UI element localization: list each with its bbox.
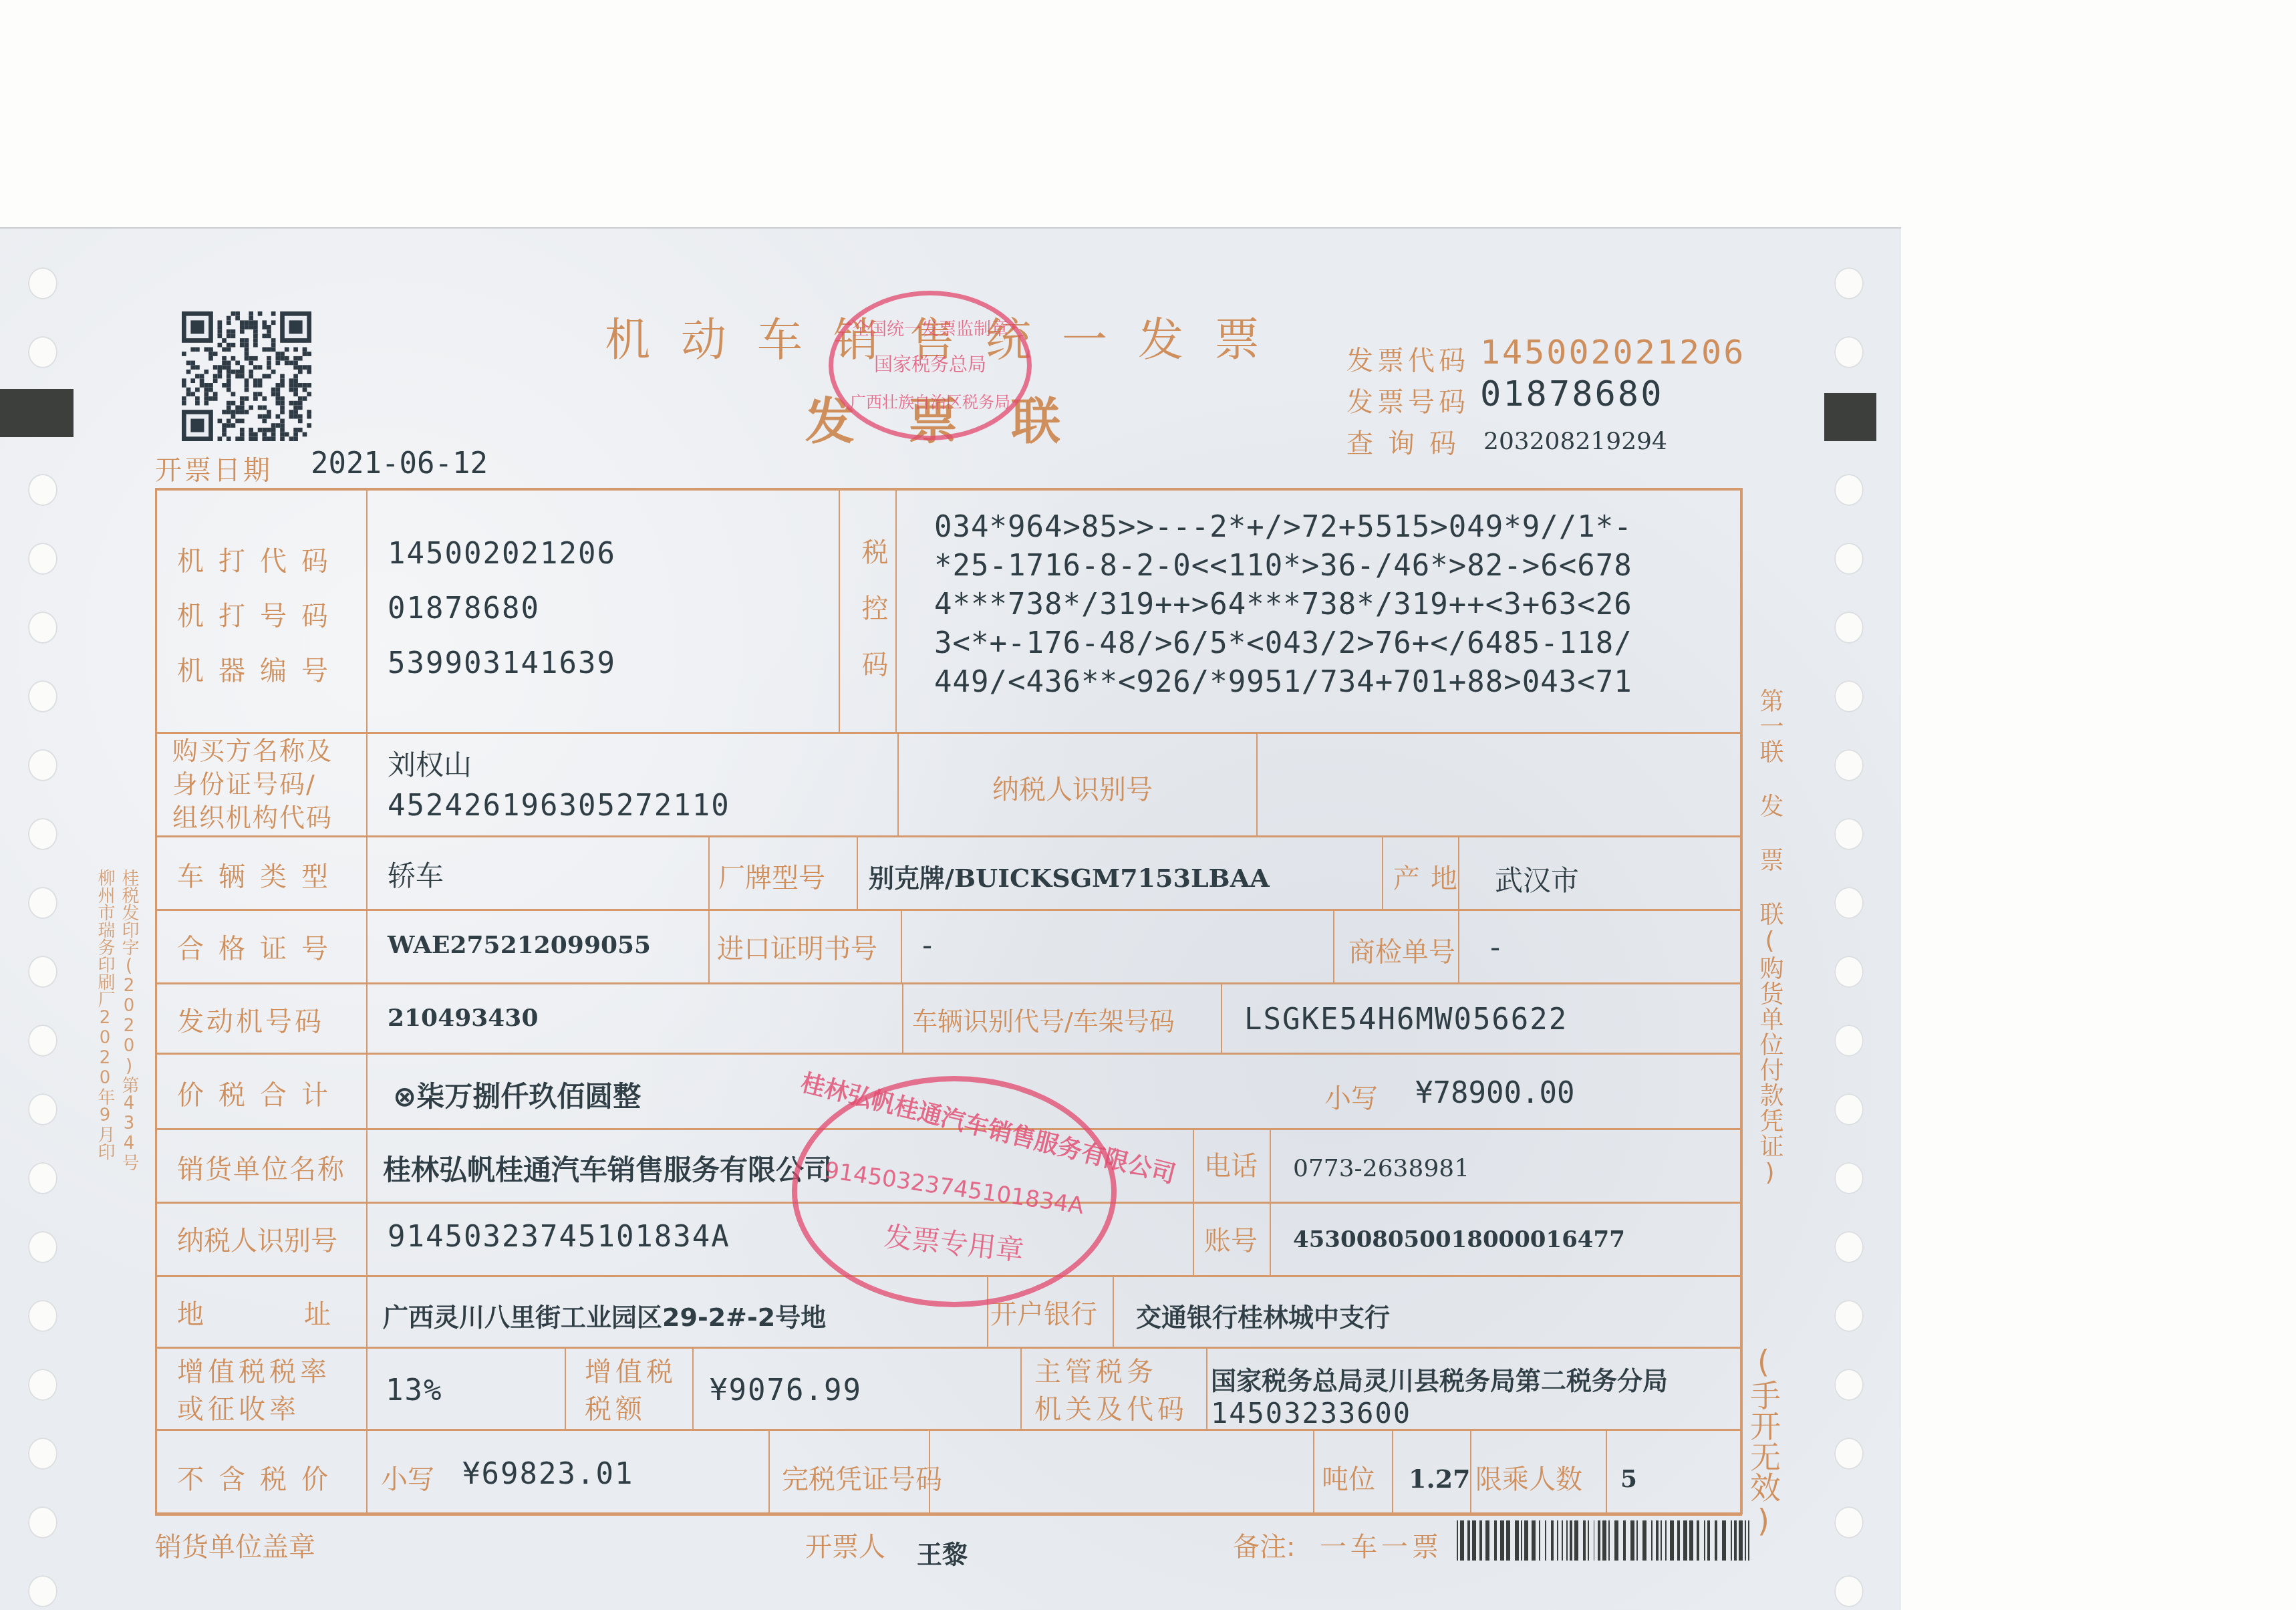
print-number-label: 机打号码 <box>177 595 343 633</box>
buyer-id-number: 452426196305272110 <box>388 789 730 823</box>
tax-authority-code: 14503233600 <box>1211 1397 1411 1430</box>
feed-hole <box>1834 1300 1864 1332</box>
tax-amount: ¥9076.99 <box>710 1373 862 1407</box>
price-excl-tax-label: 不含税价 <box>177 1458 343 1496</box>
tax-authority-label: 主管税务机关及代码 <box>1034 1353 1188 1428</box>
feed-hole <box>28 612 57 644</box>
feed-hole <box>1834 1093 1864 1125</box>
buyer-label: 购买方名称及身份证号码/组织机构代码 <box>172 734 333 834</box>
invoice-code: 145002021206 <box>1480 333 1745 372</box>
engine-number: 210493430 <box>388 1004 538 1032</box>
remarks-label: 备注: <box>1233 1526 1295 1564</box>
feed-hole <box>1834 1575 1864 1607</box>
feed-hole <box>28 267 57 299</box>
seller-phone: 0773-2638981 <box>1293 1155 1469 1182</box>
issuer-name: 王黎 <box>917 1534 968 1571</box>
import-cert-label: 进口证明书号 <box>717 928 877 966</box>
certificate-number: WAE275212099055 <box>388 931 651 959</box>
feed-hole <box>1834 749 1864 781</box>
seller-account-label: 账号 <box>1204 1220 1258 1258</box>
invoice-code-label: 发票代码 <box>1346 340 1469 378</box>
feed-hole <box>28 1438 57 1470</box>
print-code: 145002021206 <box>388 537 616 571</box>
vehicle-type: 轿车 <box>388 854 444 894</box>
price-excl-tax-small-label: 小写 <box>381 1458 434 1496</box>
alignment-mark-right <box>1824 393 1876 441</box>
price-excl-tax: ¥69823.01 <box>462 1457 633 1491</box>
vehicle-type-label: 车辆类型 <box>177 855 343 894</box>
seller-name-label: 销货单位名称 <box>177 1148 345 1186</box>
feed-hole <box>28 818 57 850</box>
feed-hole <box>1834 1506 1864 1538</box>
seller-taxpayer-id: 91450323745101834A <box>388 1220 730 1254</box>
tax-control-label: 税控码 <box>854 538 892 706</box>
certificate-label: 合格证号 <box>177 928 343 966</box>
seller-account: 453008050018000016477 <box>1293 1226 1625 1253</box>
origin-label: 产地 <box>1393 857 1468 896</box>
tonnage-label: 吨位 <box>1322 1458 1375 1496</box>
feed-hole <box>1834 612 1864 644</box>
seller-name: 桂林弘帆桂通汽车销售服务有限公司 <box>383 1148 832 1188</box>
seats-label: 限乘人数 <box>1475 1458 1582 1496</box>
feed-hole <box>28 1093 57 1125</box>
invoice-number: 01878680 <box>1480 374 1663 414</box>
tax-amount-label: 增值税税额 <box>585 1353 677 1428</box>
feed-hole <box>28 1506 57 1538</box>
vin-label: 车辆识别代号/车架号码 <box>912 1000 1175 1037</box>
machine-number: 539903141639 <box>388 646 616 680</box>
printer-permit-line1: 桂税发印字(2020)第434号 <box>119 869 139 1171</box>
feed-hole <box>28 1162 57 1194</box>
feed-hole <box>1834 474 1864 506</box>
total-uppercase: ⊗柒万捌仟玖佰圆整 <box>393 1075 641 1115</box>
print-number: 01878680 <box>388 591 540 626</box>
seller-taxpayer-id-label: 纳税人识别号 <box>177 1220 337 1258</box>
seller-phone-label: 电话 <box>1204 1145 1258 1183</box>
query-code-label: 查询码 <box>1346 422 1471 460</box>
copy-side-note: 第一联 发 票 联(购货单位付款凭证) <box>1756 688 1783 1188</box>
feed-hole <box>1834 956 1864 988</box>
tax-cert-label: 完税凭证号码 <box>782 1458 942 1496</box>
barcode <box>1457 1520 1754 1561</box>
feed-hole <box>28 336 57 368</box>
total-amount: ¥78900.00 <box>1415 1076 1574 1110</box>
engine-number-label: 发动机号码 <box>177 1000 324 1039</box>
tax-control-code: 034*964>85>>---2*+/>72+5515>049*9//1*-*2… <box>934 508 1632 702</box>
handwritten-invalid-note: (手开无效) <box>1745 1343 1781 1538</box>
issuer-label: 开票人 <box>805 1526 885 1564</box>
invoice-number-label: 发票号码 <box>1346 381 1469 419</box>
machine-number-label: 机器编号 <box>177 650 343 688</box>
seats: 5 <box>1620 1465 1637 1493</box>
feed-hole <box>28 749 57 781</box>
seller-address: 广西灵川八里街工业园区29-2#-2号地 <box>383 1297 826 1333</box>
feed-hole <box>28 956 57 988</box>
alignment-mark-left <box>0 389 74 437</box>
feed-hole <box>1834 887 1864 919</box>
feed-hole <box>28 1300 57 1332</box>
inspection-label: 商检单号 <box>1348 931 1455 969</box>
query-code: 203208219294 <box>1483 428 1667 455</box>
feed-hole <box>1834 818 1864 850</box>
feed-hole <box>1834 1025 1864 1057</box>
tonnage: 1.27 <box>1409 1464 1471 1494</box>
buyer-name: 刘权山 <box>388 743 472 783</box>
seller-seal-label: 销货单位盖章 <box>155 1526 315 1564</box>
print-code-label: 机打代码 <box>177 540 343 578</box>
total-small-label: 小写 <box>1324 1077 1378 1115</box>
tax-rate: 13% <box>386 1373 442 1407</box>
tax-bureau-stamp: 全国统一发票监制章 国家税务总局 广西壮族自治区税务局 <box>829 291 1032 440</box>
qr-code <box>182 311 311 441</box>
feed-hole <box>28 887 57 919</box>
brand-model-label: 厂牌型号 <box>718 857 825 895</box>
feed-hole <box>1834 543 1864 575</box>
feed-hole <box>1834 1162 1864 1194</box>
feed-hole <box>28 680 57 712</box>
remarks: 一车一票 <box>1320 1526 1443 1564</box>
issue-date: 2021-06-12 <box>311 446 488 481</box>
feed-hole <box>28 474 57 506</box>
feed-hole <box>28 1025 57 1057</box>
total-label: 价税合计 <box>177 1074 343 1112</box>
stamp-bottom-text: 广西壮族自治区税务局 <box>833 389 1027 412</box>
inspection-number: - <box>1490 931 1500 964</box>
stamp-middle-text: 国家税务总局 <box>833 350 1027 377</box>
buyer-taxpayer-id-label: 纳税人识别号 <box>992 769 1153 807</box>
tax-authority-name: 国家税务总局灵川县税务局第二税务分局 <box>1211 1360 1668 1397</box>
feed-hole <box>28 1575 57 1607</box>
issue-date-label: 开票日期 <box>155 449 273 487</box>
feed-hole <box>28 1369 57 1401</box>
feed-hole <box>1834 336 1864 368</box>
feed-hole <box>1834 680 1864 712</box>
feed-hole <box>1834 267 1864 299</box>
origin: 武汉市 <box>1495 859 1579 899</box>
import-cert-number: - <box>922 929 932 962</box>
feed-hole <box>1834 1231 1864 1263</box>
seller-invoice-stamp: 桂林弘帆桂通汽车销售服务有限公司 91450323745101834A 发票专用… <box>792 1076 1117 1307</box>
tax-rate-label: 增值税税率或征收率 <box>177 1353 331 1428</box>
feed-hole <box>28 1231 57 1263</box>
vin: LSGKE54H6MW056622 <box>1244 1002 1568 1037</box>
feed-hole <box>28 543 57 575</box>
feed-hole <box>1834 1438 1864 1470</box>
feed-hole <box>1834 1369 1864 1401</box>
stamp-top-text: 全国统一发票监制章 <box>833 315 1027 340</box>
brand-model: 别克牌/BUICKSGM7153LBAA <box>869 857 1270 894</box>
printer-permit-line2: 柳州市瑞务印刷厂2020年9月印 <box>95 869 115 1160</box>
seller-bank: 交通银行桂林城中支行 <box>1136 1297 1390 1333</box>
